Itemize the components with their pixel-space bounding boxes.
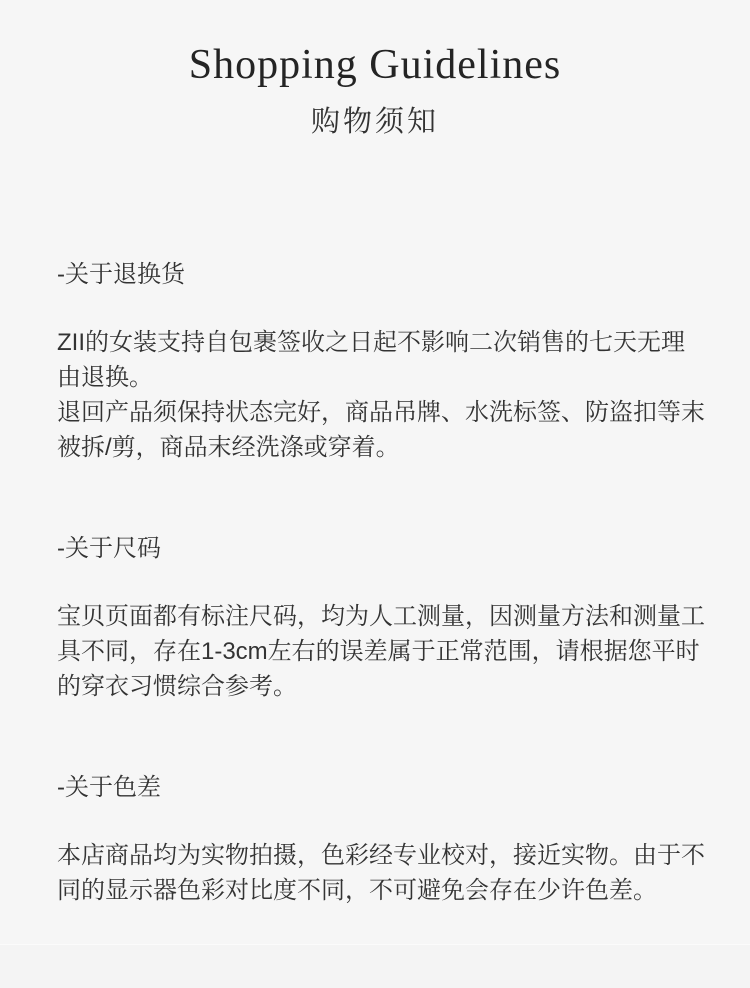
section-returns-body: ZII的女装支持自包裹签收之日起不影响二次销售的七天无理由退换。 退回产品须保持…	[57, 325, 706, 465]
section-sizing-paragraph: 宝贝页面都有标注尺码，均为人工测量，因测量方法和测量工具不同，存在1-3cm左右…	[57, 599, 706, 704]
image-tile-seam	[0, 944, 750, 988]
section-sizing-body: 宝贝页面都有标注尺码，均为人工测量，因测量方法和测量工具不同，存在1-3cm左右…	[57, 599, 706, 704]
section-color-difference-paragraph: 本店商品均为实物拍摄，色彩经专业校对，接近实物。由于不同的显示器色彩对比度不同，…	[57, 838, 706, 908]
section-returns-paragraph: ZII的女装支持自包裹签收之日起不影响二次销售的七天无理由退换。	[57, 325, 706, 395]
section-sizing: -关于尺码 宝贝页面都有标注尺码，均为人工测量，因测量方法和测量工具不同，存在1…	[57, 531, 706, 704]
page-subtitle: 购物须知	[0, 105, 750, 139]
page-title: Shopping Guidelines	[0, 40, 750, 90]
section-returns-paragraph: 退回产品须保持状态完好，商品吊牌、水洗标签、防盗扣等末被拆/剪，商品末经洗涤或穿…	[57, 395, 706, 465]
shopping-guidelines-panel: Shopping Guidelines 购物须知 -关于退换货 ZII的女装支持…	[0, 0, 750, 988]
section-returns: -关于退换货 ZII的女装支持自包裹签收之日起不影响二次销售的七天无理由退换。 …	[57, 257, 706, 465]
section-color-difference: -关于色差 本店商品均为实物拍摄，色彩经专业校对，接近实物。由于不同的显示器色彩…	[57, 770, 706, 908]
section-returns-heading: -关于退换货	[57, 257, 706, 292]
section-color-difference-body: 本店商品均为实物拍摄，色彩经专业校对，接近实物。由于不同的显示器色彩对比度不同，…	[57, 838, 706, 908]
notice-content: -关于退换货 ZII的女装支持自包裹签收之日起不影响二次销售的七天无理由退换。 …	[0, 257, 750, 908]
section-sizing-heading: -关于尺码	[57, 531, 706, 566]
section-color-difference-heading: -关于色差	[57, 770, 706, 805]
header: Shopping Guidelines 购物须知	[0, 0, 750, 139]
